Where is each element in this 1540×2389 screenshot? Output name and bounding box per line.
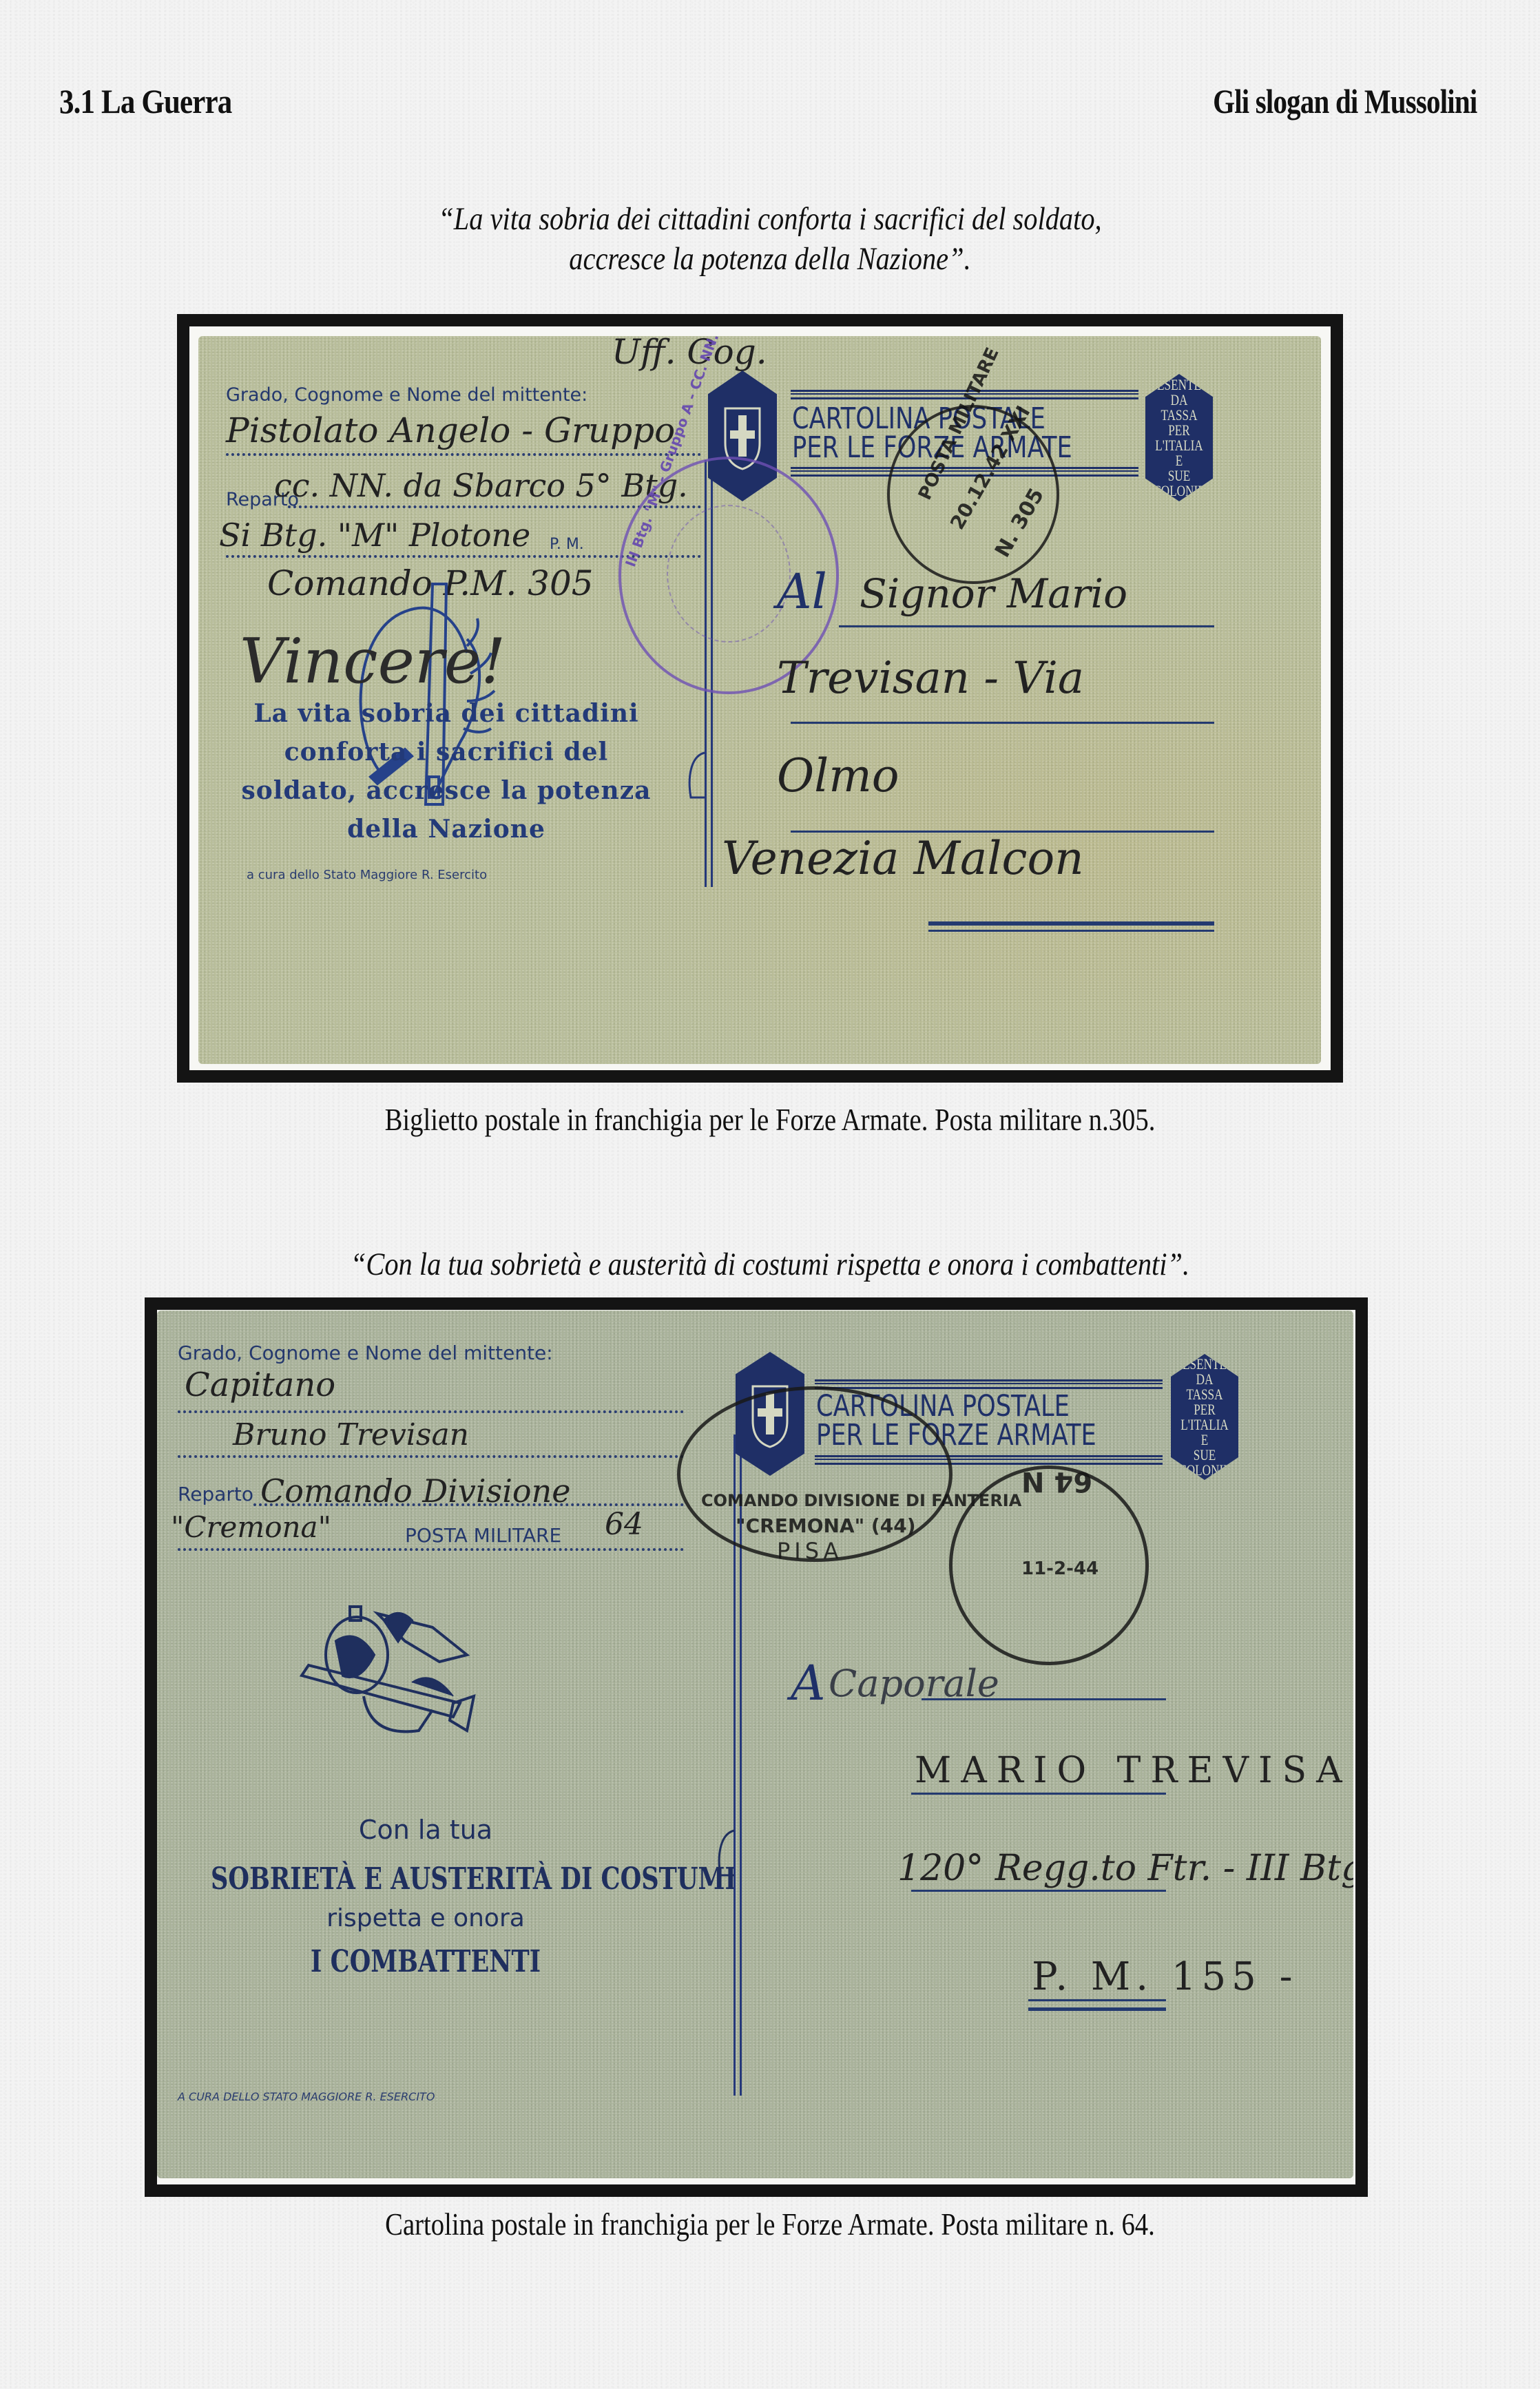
annotation-top: Uff. Cog. bbox=[612, 336, 767, 372]
slogan-text: La vita sobria dei cittadini conforta i … bbox=[226, 694, 667, 848]
slogan-line-4: I COMBATTENTI bbox=[211, 1944, 641, 1979]
address-line-3: Olmo bbox=[777, 749, 899, 802]
quote-2: “Con la tua sobrietà e austerità di cost… bbox=[108, 1245, 1433, 1284]
pole-hook-icon bbox=[684, 749, 718, 804]
postmark-date: 11-2-44 bbox=[1021, 1558, 1099, 1579]
address-prefix: A bbox=[791, 1655, 826, 1711]
sender-line-3: Si Btg. "M" Plotone bbox=[219, 517, 530, 554]
address-line-3: 120° Regg.to Ftr. - III Btg. bbox=[897, 1848, 1353, 1889]
canteen-rifle-helmet-icon bbox=[295, 1600, 488, 1751]
address-line-1: Signor Mario bbox=[860, 570, 1127, 617]
pm-label: P. M. bbox=[550, 536, 584, 553]
sender-label: Grado, Cognome e Nome del mittente: bbox=[178, 1342, 553, 1364]
sender-line-2: Bruno Trevisan bbox=[233, 1417, 469, 1452]
quote-1-line-2: accresce la potenza della Nazione”. bbox=[108, 240, 1433, 278]
address-line-4: P. M. 155 - bbox=[1032, 1954, 1298, 1999]
tax-exempt-indicia: ESENTE DA TASSA PER L'ITALIA E SUE COLON… bbox=[1145, 374, 1213, 501]
postmark-number: 64 N bbox=[1021, 1465, 1092, 1497]
mount-frame-2: Grado, Cognome e Nome del mittente: Capi… bbox=[145, 1297, 1368, 2197]
postal-card-305: Grado, Cognome e Nome del mittente: Repa… bbox=[198, 336, 1321, 1064]
topic-title: Gli slogan di Mussolini bbox=[1213, 81, 1477, 121]
sender-line-1: Capitano bbox=[185, 1366, 335, 1404]
sender-line-2: cc. NN. da Sbarco 5° Btg. bbox=[274, 467, 688, 504]
address-line-2: Trevisan - Via bbox=[777, 653, 1084, 704]
sender-line-1: Pistolato Angelo - Gruppo bbox=[226, 410, 675, 450]
address-line-4: Venezia Malcon bbox=[722, 832, 1084, 885]
sender-label: Grado, Cognome e Nome del mittente: bbox=[226, 384, 587, 406]
slogan-line-2: SOBRIETÀ E AUSTERITÀ DI COSTUMI bbox=[211, 1861, 641, 1897]
slogan-line-3: rispetta e onora bbox=[185, 1904, 667, 1932]
unit-label: Reparto bbox=[178, 1483, 253, 1505]
annotation-vincere: Vincere! bbox=[240, 625, 506, 698]
postal-card-64: Grado, Cognome e Nome del mittente: Capi… bbox=[157, 1311, 1353, 2178]
caption-2: Cartolina postale in franchigia per le F… bbox=[108, 2207, 1433, 2242]
credit-text: a cura dello Stato Maggiore R. Esercito bbox=[247, 868, 487, 882]
address-prefix: Al bbox=[777, 563, 827, 620]
caption-1: Biglietto postale in franchigia per le F… bbox=[108, 1102, 1433, 1138]
section-title: 3.1 La Guerra bbox=[59, 81, 231, 121]
mount-frame-1: Grado, Cognome e Nome del mittente: Repa… bbox=[177, 314, 1343, 1083]
pole-hook-icon bbox=[714, 1827, 741, 1882]
address-line-2: MARIO TREVISAN bbox=[915, 1750, 1353, 1791]
credit-text: A CURA DELLO STATO MAGGIORE R. ESERCITO bbox=[178, 2090, 435, 2103]
sender-pm-number: 64 bbox=[605, 1507, 643, 1542]
slogan-line-1: Con la tua bbox=[185, 1815, 667, 1845]
quote-1-line-1: “La vita sobria dei cittadini conforta i… bbox=[108, 200, 1433, 238]
pm-label: POSTA MILITARE bbox=[405, 1524, 561, 1547]
sender-line-4: "Cremona" bbox=[171, 1510, 331, 1544]
tax-exempt-indicia: ESENTE DA TASSA PER L'ITALIA E SUE COLON… bbox=[1171, 1354, 1238, 1480]
